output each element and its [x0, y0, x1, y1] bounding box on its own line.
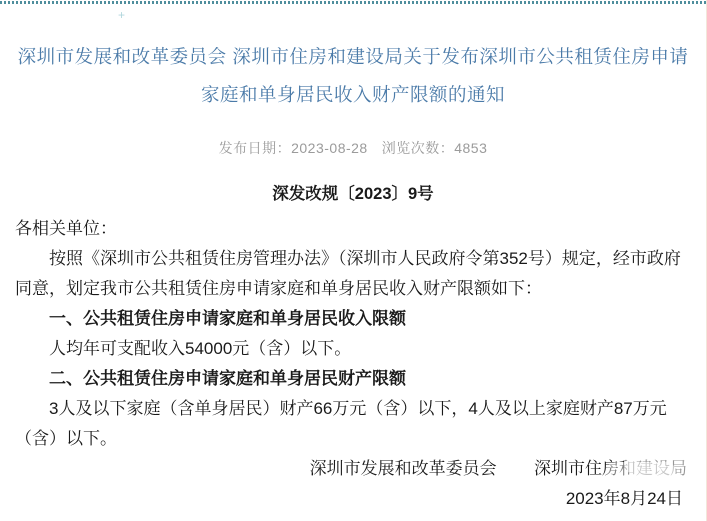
section-heading-1: 一、公共租赁住房申请家庭和单身居民收入限额: [15, 304, 691, 334]
publish-date-label: 发布日期：: [219, 140, 292, 156]
views-value: 4853: [454, 140, 487, 156]
notice-document: 深圳市发展和改革委员会 深圳市住房和建设局关于发布深圳市公共租赁住房申请家庭和单…: [0, 0, 706, 514]
signature-block: 深圳市发展和改革委员会深圳市住房和建设局 2023年8月24日: [15, 454, 691, 514]
signature-org-1: 深圳市发展和改革委员会: [310, 459, 497, 478]
intro-paragraph: 按照《深圳市公共租赁住房管理办法》（深圳市人民政府令第352号）规定，经市政府同…: [15, 244, 691, 304]
publish-date-value: 2023-08-28: [291, 140, 368, 156]
views-label: 浏览次数：: [382, 140, 455, 156]
meta-line: 发布日期：2023-08-28浏览次数：4853: [15, 138, 691, 158]
signature-date: 2023年8月24日: [15, 484, 687, 514]
signature-orgs: 深圳市发展和改革委员会深圳市住房和建设局: [15, 454, 687, 484]
section-heading-2: 二、公共租赁住房申请家庭和单身居民财产限额: [15, 364, 691, 394]
signature-org-2: 深圳市住房和建设局: [534, 459, 687, 478]
salutation: 各相关单位：: [15, 214, 691, 244]
cursor-plus-artifact: +: [118, 8, 125, 22]
document-body: 各相关单位： 按照《深圳市公共租赁住房管理办法》（深圳市人民政府令第352号）规…: [15, 214, 691, 454]
page-title: 深圳市发展和改革委员会 深圳市住房和建设局关于发布深圳市公共租赁住房申请家庭和单…: [15, 38, 691, 114]
section-item-2: 3人及以下家庭（含单身居民）财产66万元（含）以下，4人及以上家庭财产87万元（…: [15, 394, 691, 454]
top-dotted-border: [0, 1, 706, 4]
section-item-1: 人均年可支配收入54000元（含）以下。: [15, 334, 691, 364]
document-number: 深发改规〔2023〕9号: [15, 180, 691, 204]
